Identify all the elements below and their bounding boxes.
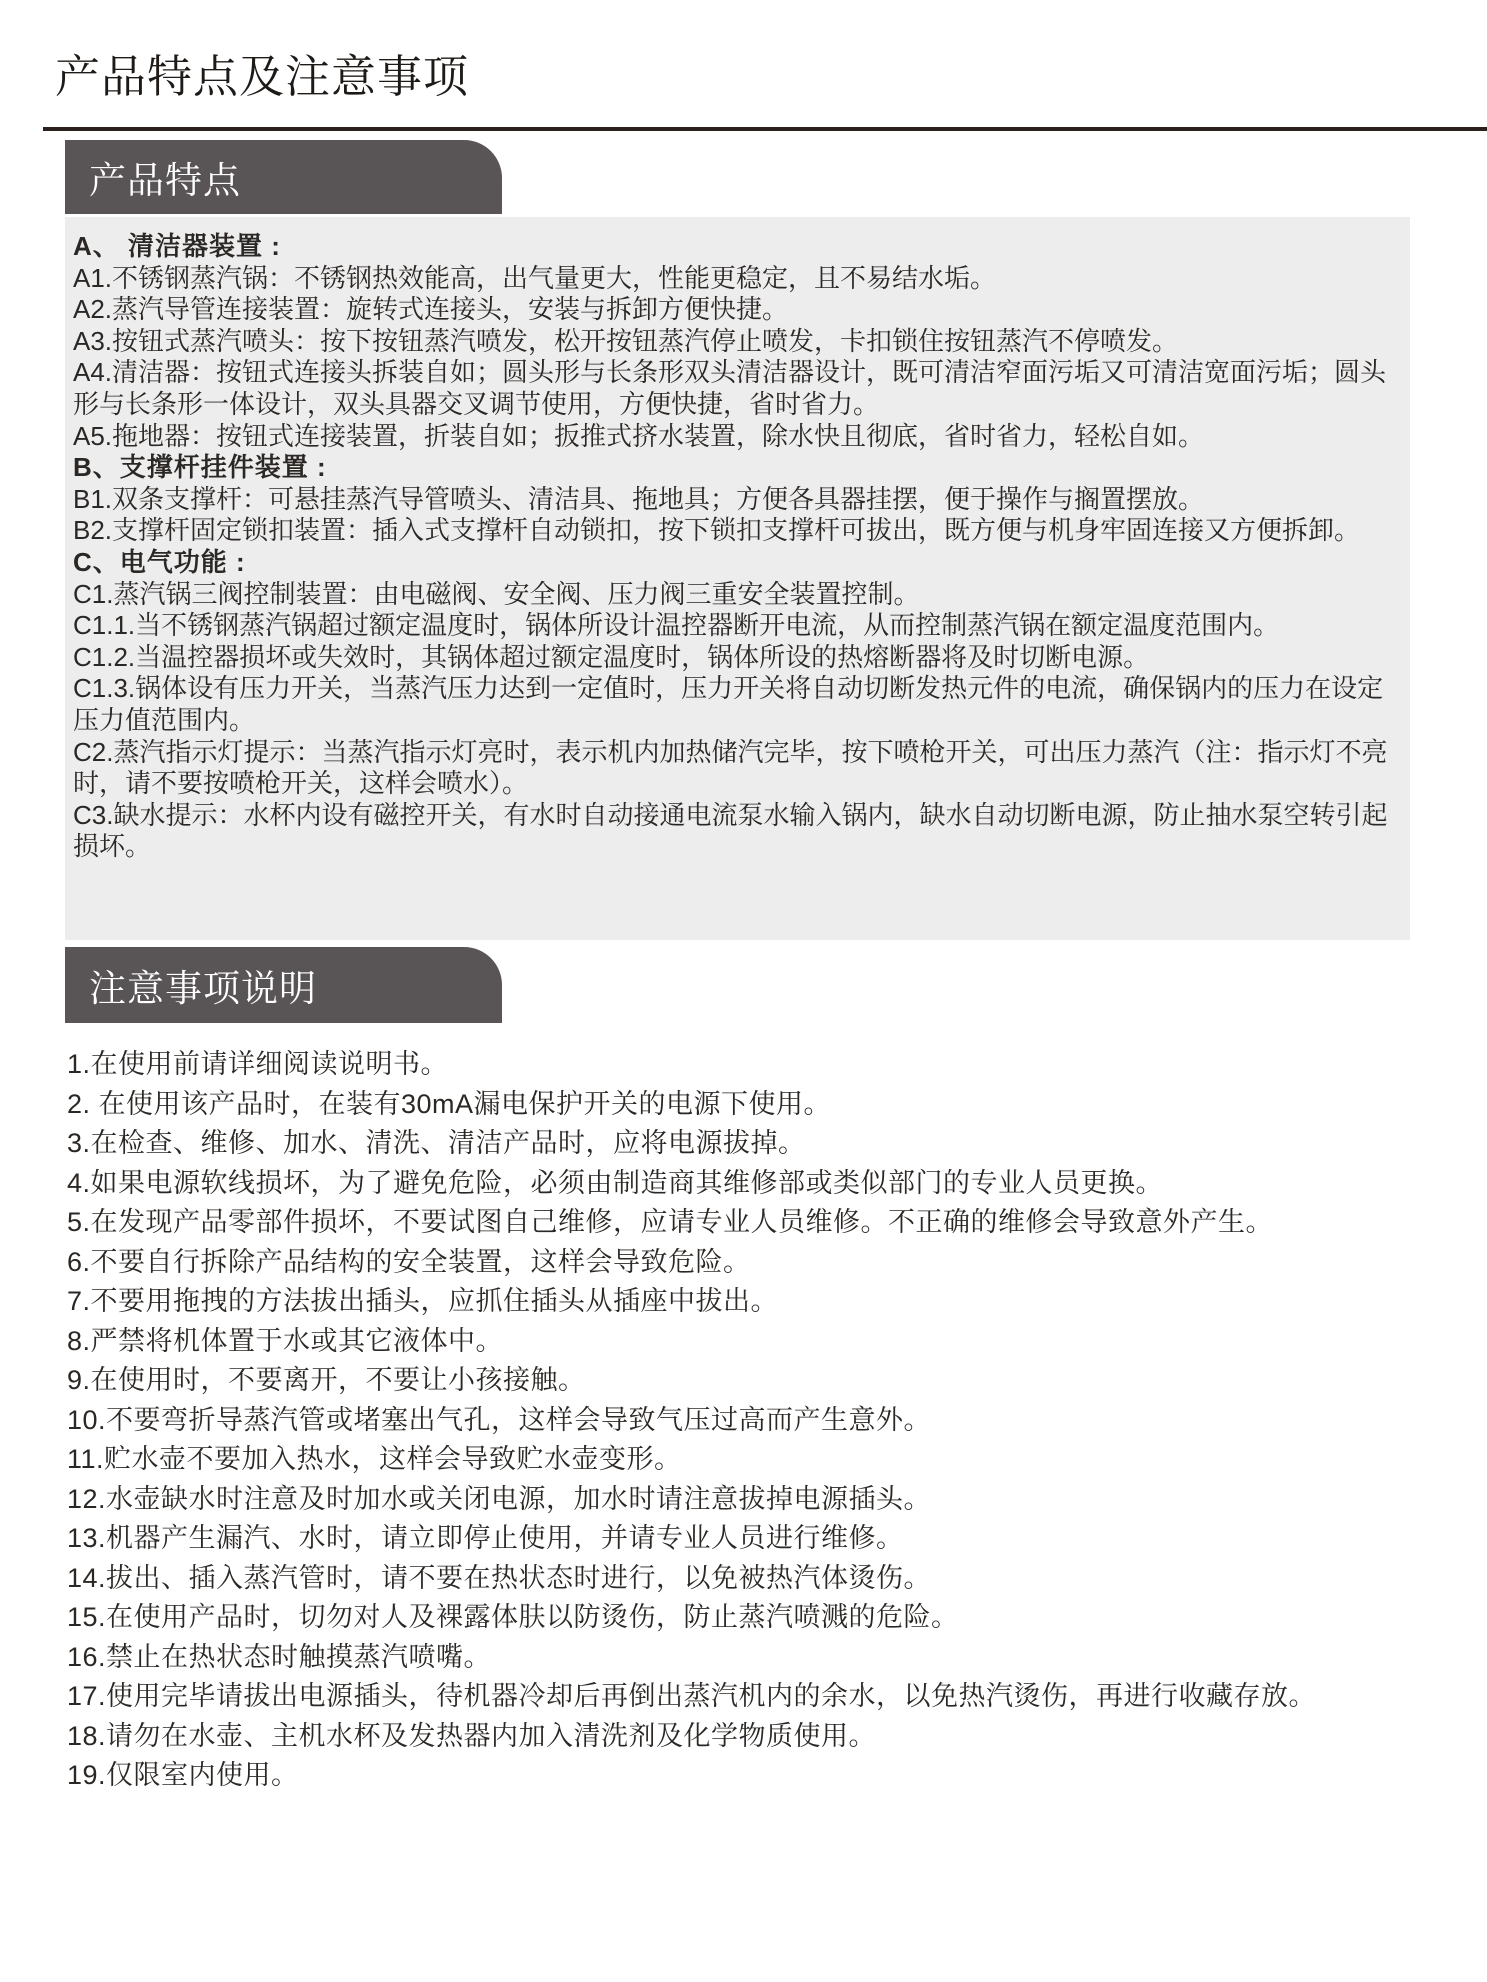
feature-item-b1: B1.双条支撑杆：可悬挂蒸汽导管喷头、清洁具、拖地具；方便各具器挂摆，便于操作与… xyxy=(73,484,1400,516)
note-item-8: 8.严禁将机体置于水或其它液体中。 xyxy=(67,1327,1429,1355)
note-item-15: 15.在使用产品时，切勿对人及裸露体肤以防烫伤，防止蒸汽喷溅的危险。 xyxy=(67,1603,1429,1631)
note-item-5: 5.在发现产品零部件损坏，不要试图自己维修，应请专业人员维修。不正确的维修会导致… xyxy=(67,1208,1429,1236)
note-item-4: 4.如果电源软线损坏，为了避免危险，必须由制造商其维修部或类似部门的专业人员更换… xyxy=(67,1169,1429,1197)
features-section-header: 产品特点 xyxy=(65,140,502,214)
feature-item-c1-3: C1.3.锅体设有压力开关，当蒸汽压力达到一定值时，压力开关将自动切断发热元件的… xyxy=(73,673,1400,736)
feature-item-c3: C3.缺水提示：水杯内设有磁控开关，有水时自动接通电流泵水输入锅内，缺水自动切断… xyxy=(73,800,1400,863)
note-item-1: 1.在使用前请详细阅读说明书。 xyxy=(67,1050,1429,1078)
note-item-10: 10.不要弯折导蒸汽管或堵塞出气孔，这样会导致气压过高而产生意外。 xyxy=(67,1406,1429,1434)
features-header-label: 产品特点 xyxy=(65,150,241,204)
feature-item-c1: C1.蒸汽锅三阀控制装置：由电磁阀、安全阀、压力阀三重安全装置控制。 xyxy=(73,579,1400,611)
feature-item-a5: A5.拖地器：按钮式连接装置，折装自如；扳推式挤水装置，除水快且彻底，省时省力，… xyxy=(73,421,1400,453)
manual-page: 产品特点及注意事项 产品特点 A、 清洁器装置 : A1.不锈钢蒸汽锅：不锈钢热… xyxy=(0,0,1487,1982)
note-item-11: 11.贮水壶不要加入热水，这样会导致贮水壶变形。 xyxy=(67,1445,1429,1473)
note-item-18: 18.请勿在水壶、主机水杯及发热器内加入清洗剂及化学物质使用。 xyxy=(67,1722,1429,1750)
title-divider xyxy=(43,127,1487,131)
notes-section-header: 注意事项说明 xyxy=(65,947,502,1023)
notes-header-label: 注意事项说明 xyxy=(65,958,317,1012)
feature-item-c1-2: C1.2.当温控器损坏或失效时，其锅体超过额定温度时，锅体所设的热熔断器将及时切… xyxy=(73,642,1400,674)
note-item-19: 19.仅限室内使用。 xyxy=(67,1761,1429,1789)
feature-item-a4: A4.清洁器：按钮式连接头拆装自如；圆头形与长条形双头清洁器设计，既可清洁窄面污… xyxy=(73,357,1400,420)
feature-item-a2: A2.蒸汽导管连接装置：旋转式连接头，安装与拆卸方便快捷。 xyxy=(73,294,1400,326)
note-item-16: 16.禁止在热状态时触摸蒸汽喷嘴。 xyxy=(67,1643,1429,1671)
page-title: 产品特点及注意事项 xyxy=(55,40,469,105)
notes-list: 1.在使用前请详细阅读说明书。 2. 在使用该产品时，在装有30mA漏电保护开关… xyxy=(67,1050,1429,1801)
features-panel: A、 清洁器装置 : A1.不锈钢蒸汽锅：不锈钢热效能高，出气量更大，性能更稳定… xyxy=(65,217,1410,940)
feature-item-c2: C2.蒸汽指示灯提示：当蒸汽指示灯亮时，表示机内加热储汽完毕，按下喷枪开关，可出… xyxy=(73,737,1400,800)
feature-item-a1: A1.不锈钢蒸汽锅：不锈钢热效能高，出气量更大，性能更稳定，且不易结水垢。 xyxy=(73,263,1400,295)
note-item-3: 3.在检查、维修、加水、清洗、清洁产品时，应将电源拔掉。 xyxy=(67,1129,1429,1157)
note-item-7: 7.不要用拖拽的方法拔出插头，应抓住插头从插座中拔出。 xyxy=(67,1287,1429,1315)
note-item-2: 2. 在使用该产品时，在装有30mA漏电保护开关的电源下使用。 xyxy=(67,1090,1429,1118)
note-item-9: 9.在使用时，不要离开，不要让小孩接触。 xyxy=(67,1366,1429,1394)
feature-item-b2: B2.支撑杆固定锁扣装置：插入式支撑杆自动锁扣，按下锁扣支撑杆可拔出，既方便与机… xyxy=(73,515,1400,547)
section-b-heading: B、支撑杆挂件装置 : xyxy=(73,452,1400,484)
section-a-heading: A、 清洁器装置 : xyxy=(73,231,1400,263)
note-item-13: 13.机器产生漏汽、水时，请立即停止使用，并请专业人员进行维修。 xyxy=(67,1524,1429,1552)
note-item-17: 17.使用完毕请拔出电源插头，待机器冷却后再倒出蒸汽机内的余水，以免热汽烫伤，再… xyxy=(67,1682,1429,1710)
note-item-14: 14.拔出、插入蒸汽管时，请不要在热状态时进行，以免被热汽体烫伤。 xyxy=(67,1564,1429,1592)
section-c-heading: C、电气功能 : xyxy=(73,547,1400,579)
feature-item-c1-1: C1.1.当不锈钢蒸汽锅超过额定温度时，锅体所设计温控器断开电流，从而控制蒸汽锅… xyxy=(73,610,1400,642)
note-item-6: 6.不要自行拆除产品结构的安全装置，这样会导致危险。 xyxy=(67,1248,1429,1276)
feature-item-a3: A3.按钮式蒸汽喷头：按下按钮蒸汽喷发，松开按钮蒸汽停止喷发，卡扣锁住按钮蒸汽不… xyxy=(73,326,1400,358)
note-item-12: 12.水壶缺水时注意及时加水或关闭电源，加水时请注意拔掉电源插头。 xyxy=(67,1485,1429,1513)
